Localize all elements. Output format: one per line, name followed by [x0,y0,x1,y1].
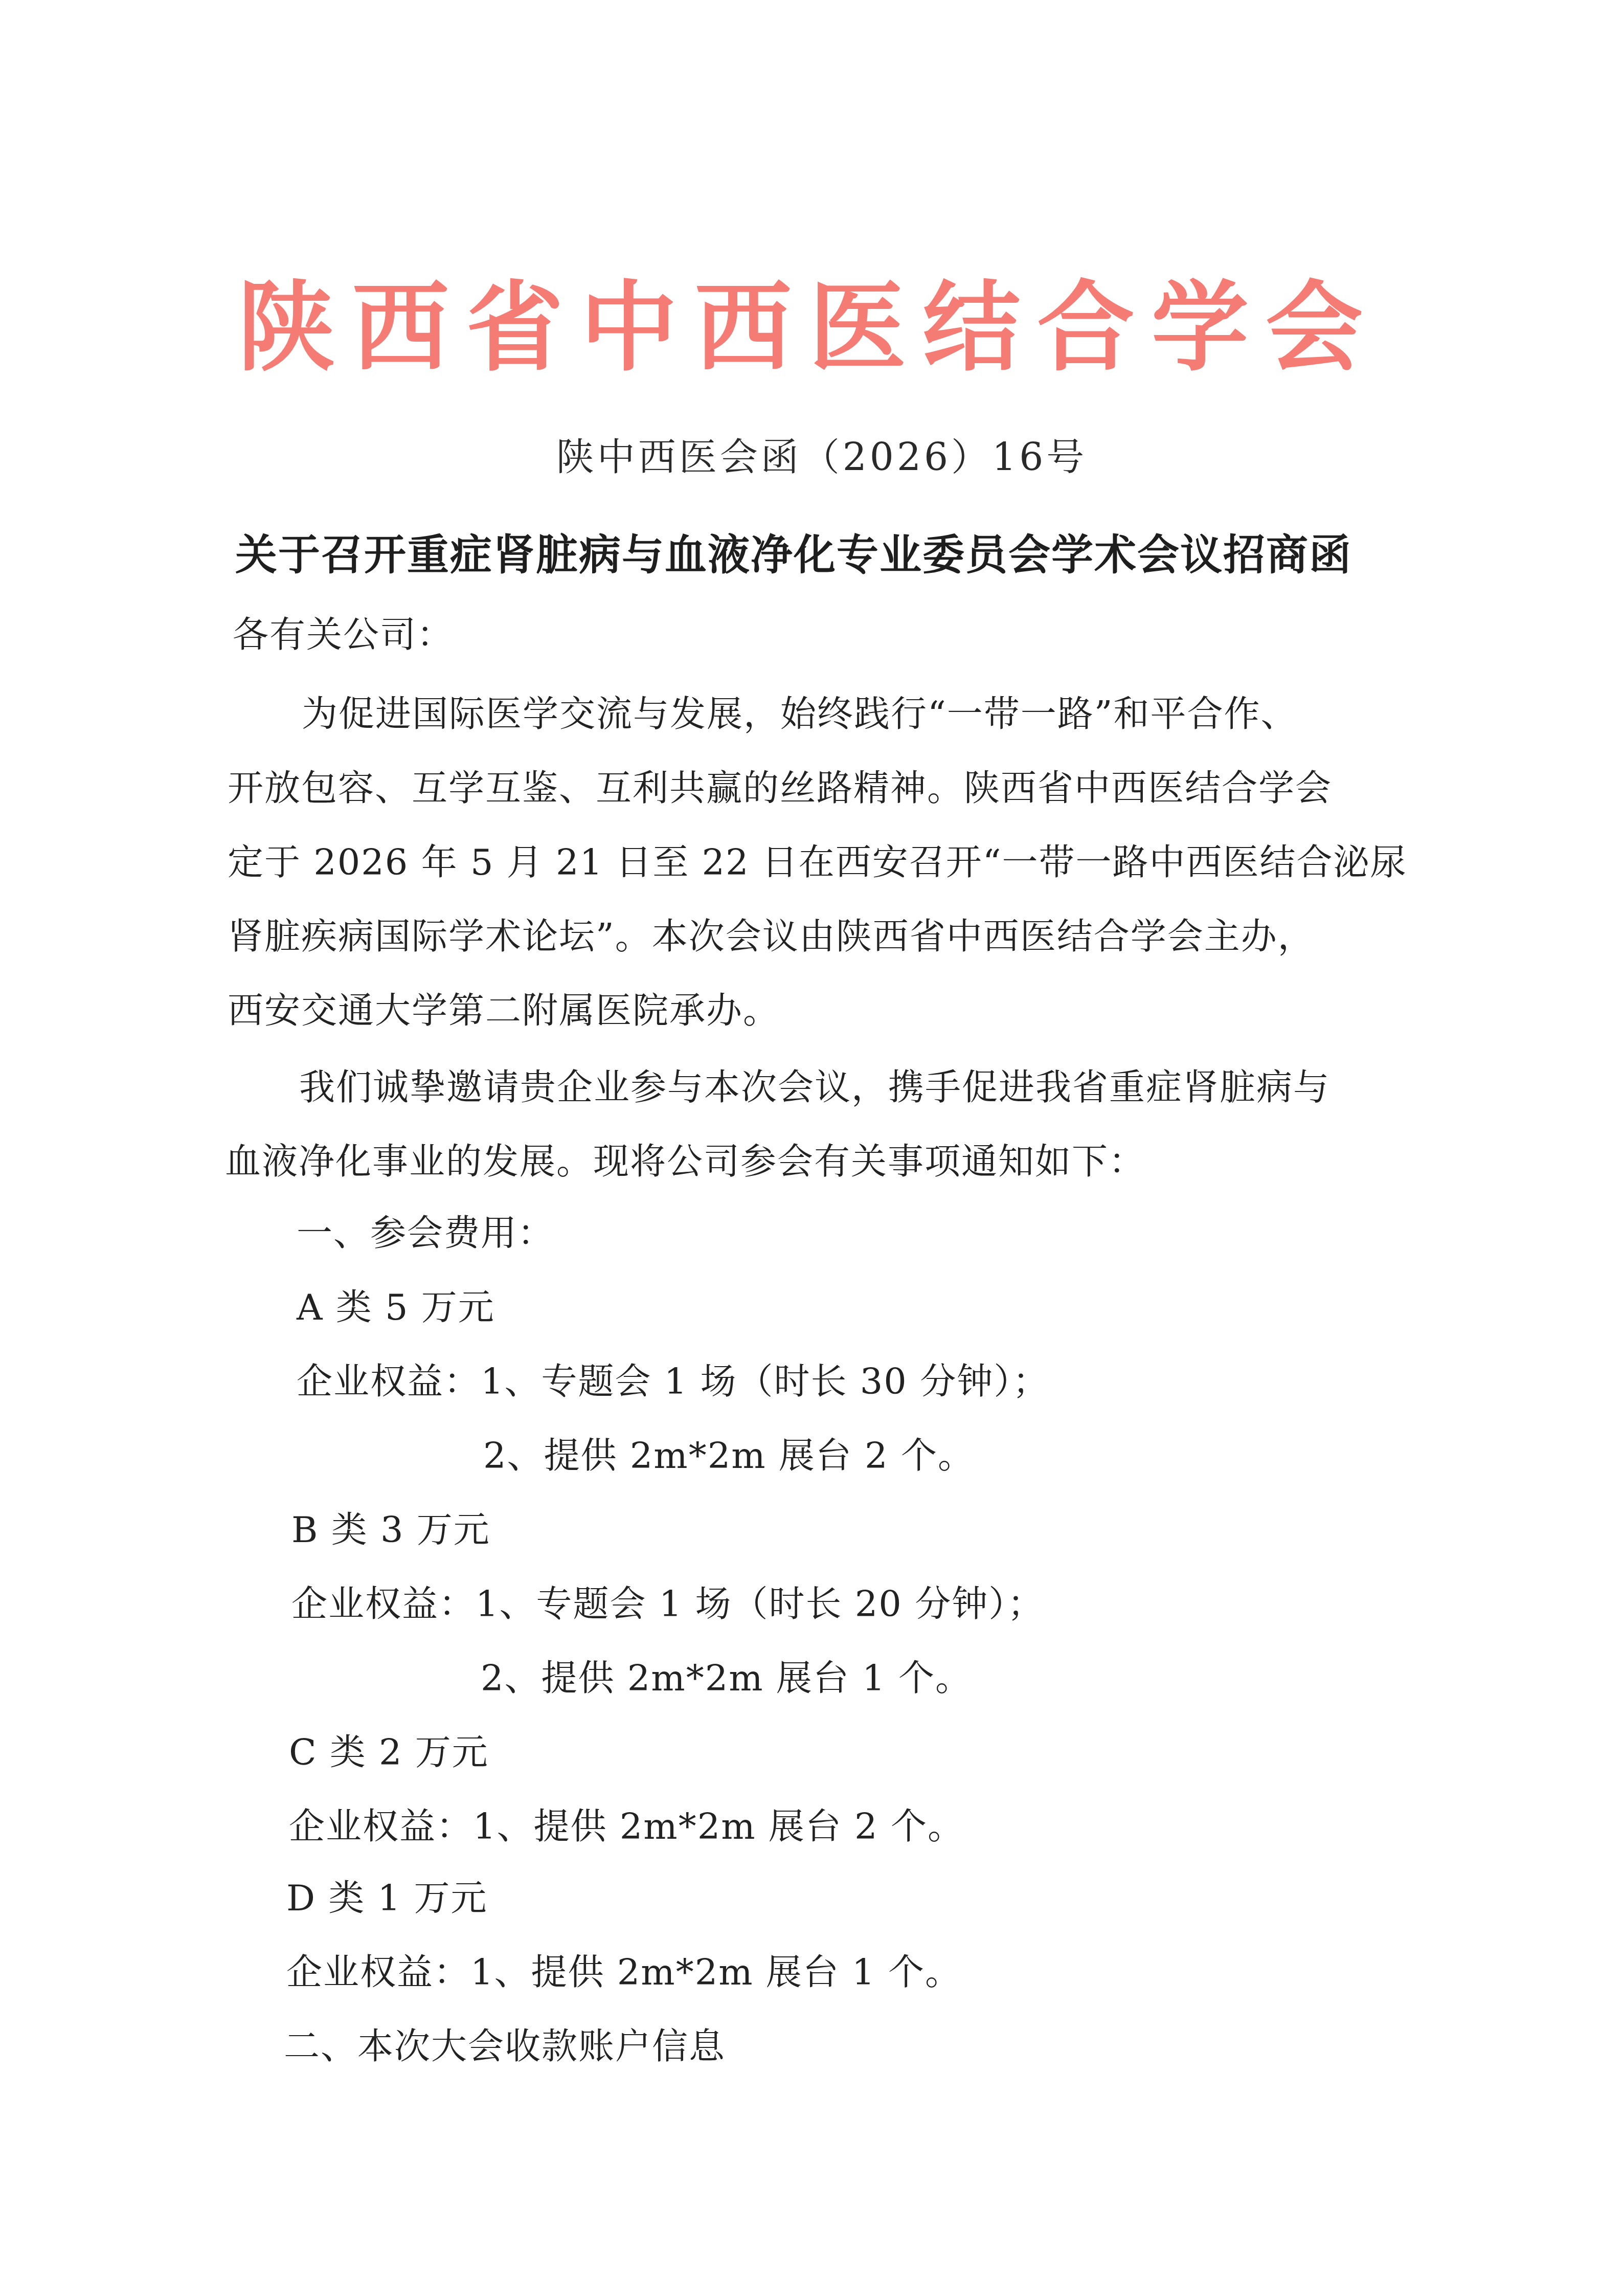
tier-c-benefits: 企业权益：1、提供 2m*2m 展台 2 个。 [289,1798,964,1849]
paragraph1-line: 西安交通大学第二附属医院承办。 [228,982,780,1034]
benefits-label: 企业权益： [286,1951,470,1993]
tier-c-name: C 类 2 万元 [289,1724,489,1775]
document-page: 陕 西 省 中 西 医 结 合 学 会 陕中西医会函（2026）16号 关于召开… [0,0,1623,2296]
tier-b-benefits: 企业权益：1、专题会 1 场（时长 20 分钟）； [291,1575,1044,1627]
paragraph2-line: 血液净化事业的发展。现将公司参会有关事项通知如下： [225,1133,1145,1185]
masthead-char: 西 [352,279,449,376]
paragraph1-line: 开放包容、互学互鉴、互利共赢的丝路精神。陕西省中西医结合学会 [228,760,1332,811]
paragraph1-line: 为促进国际医学交流与发展，始终践行“一带一路”和平合作、 [302,685,1298,737]
masthead-char: 医 [809,279,906,376]
organization-masthead: 陕 西 省 中 西 医 结 合 学 会 [238,266,1363,389]
benefit-item: 1、专题会 1 场（时长 20 分钟）； [476,1583,1044,1625]
section1-heading: 一、参会费用： [297,1205,554,1256]
paragraph1-line: 定于 2026 年 5 月 21 日至 22 日在西安召开“一带一路中西医结合泌… [228,834,1407,885]
tier-b-name: B 类 3 万元 [291,1501,490,1553]
masthead-char: 省 [466,279,563,376]
masthead-char: 结 [923,279,1020,376]
benefit-item: 2、提供 2m*2m 展台 2 个。 [483,1427,975,1479]
benefits-label: 企业权益： [297,1361,481,1402]
benefit-item: 1、专题会 1 场（时长 30 分钟）； [481,1361,1049,1402]
masthead-char: 学 [1152,279,1249,376]
paragraph1-line: 肾脏疾病国际学术论坛”。本次会议由陕西省中西医结合学会主办， [228,908,1315,960]
benefit-item: 1、提供 2m*2m 展台 2 个。 [473,1805,964,1847]
benefits-label: 企业权益： [291,1583,476,1625]
masthead-char: 会 [1266,279,1363,376]
tier-d-benefits: 企业权益：1、提供 2m*2m 展台 1 个。 [286,1944,962,1995]
benefit-item: 2、提供 2m*2m 展台 1 个。 [481,1649,972,1701]
benefit-item: 1、提供 2m*2m 展台 1 个。 [470,1951,962,1993]
tier-a-name: A 类 5 万元 [297,1279,495,1330]
tier-a-benefits: 企业权益：1、专题会 1 场（时长 30 分钟）； [297,1353,1049,1405]
document-number: 陕中西医会函（2026）16号 [0,427,1623,481]
section2-heading: 二、本次大会收款账户信息 [284,2018,726,2069]
salutation: 各有关公司： [233,606,454,658]
masthead-char: 西 [694,279,792,376]
masthead-char: 中 [580,279,678,376]
benefits-label: 企业权益： [289,1805,473,1847]
masthead-char: 陕 [238,279,335,376]
tier-d-name: D 类 1 万元 [286,1869,487,1921]
paragraph2-line: 我们诚挚邀请贵企业参与本次会议，携手促进我省重症肾脏病与 [299,1059,1330,1110]
masthead-char: 合 [1037,279,1134,376]
document-title: 关于召开重症肾脏病与血液净化专业委员会学术会议招商函 [235,522,1381,582]
